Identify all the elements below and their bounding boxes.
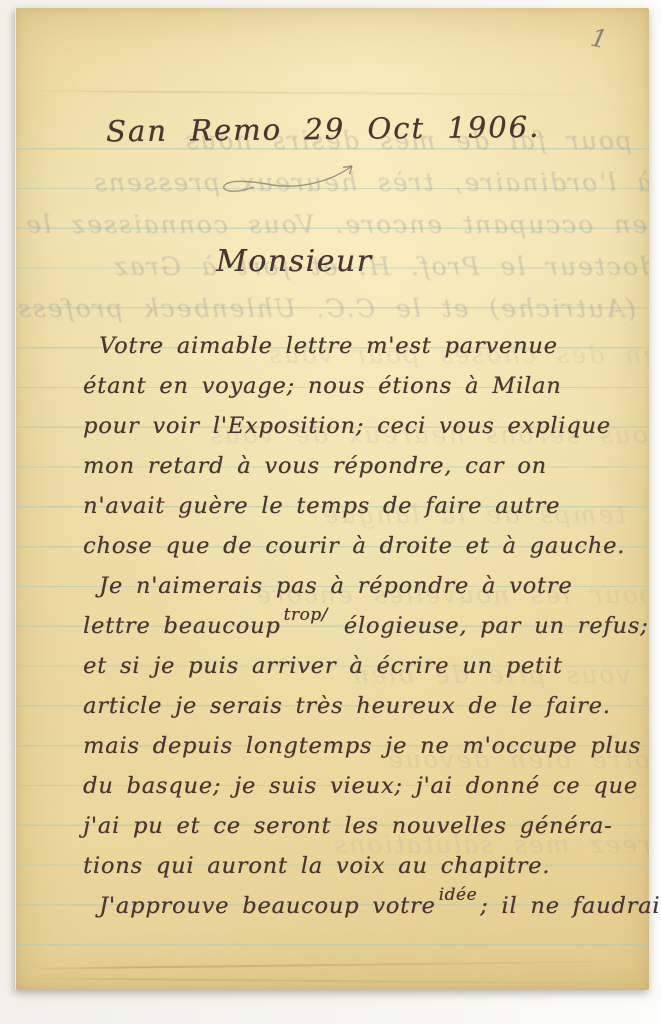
letter-line: j'ai pu et ce seront les nouvelles génér… (83, 806, 628, 846)
inserted-word: idée (436, 875, 480, 915)
letter-line-text: tions qui auront la voix au chapitre. (83, 853, 550, 879)
letter-line-text: Je n'aimerais pas à répondre à votre (99, 573, 572, 599)
bleedthrough-line: à l'ordinaire, très heureux pressens (42, 168, 649, 197)
letter-line: pour voir l'Exposition; ceci vous expliq… (83, 406, 628, 446)
letter-line-text: article je serais très heureux de le fai… (83, 693, 611, 719)
letter-line: mon retard à vous répondre, car on (83, 446, 628, 486)
letter-line: lettre beaucouptrop/ élogieuse, par un r… (83, 606, 628, 646)
letter-line: tions qui auront la voix au chapitre. (83, 846, 628, 886)
bleedthrough-line: (Autriche) et le C.C. Uhlenbeck professe… (26, 294, 636, 323)
letter-line-text: et si je puis arriver à écrire un petit (83, 653, 563, 679)
letter-line: Je n'aimerais pas à répondre à votre (83, 566, 628, 606)
letter-line: n'avait guère le temps de faire autre (83, 486, 628, 526)
bleedthrough-line: sen occupant encore. Vous connaissez le (52, 210, 649, 239)
letter-line-text: j'ai pu et ce seront les nouvelles génér… (83, 813, 612, 839)
scan-background: pour fai de mes desirs nousà l'ordinaire… (0, 0, 661, 1024)
letter-line: article je serais très heureux de le fai… (83, 686, 628, 726)
paper-crease (24, 977, 641, 984)
date-line: San Remo 29 Oct 1906. (106, 110, 541, 149)
paper-crease (24, 90, 641, 96)
letter-line-text: lettre beaucoup (83, 613, 280, 639)
letter-page: pour fai de mes desirs nousà l'ordinaire… (15, 8, 649, 990)
salutation: Monsieur (216, 244, 373, 279)
letter-line-text: mais depuis longtemps je ne m'occupe plu… (83, 733, 641, 759)
letter-line: J'approuve beaucoup votreidée; il ne fau… (83, 886, 628, 926)
letter-line-text: Votre aimable lettre m'est parvenue (99, 333, 558, 359)
letter-line: du basque; je suis vieux; j'ai donné ce … (83, 766, 628, 806)
letter-line: et si je puis arriver à écrire un petit (83, 646, 628, 686)
letter-body: Votre aimable lettre m'est parvenueétant… (83, 326, 628, 926)
letter-line-text: étant en voyage; nous étions à Milan (83, 373, 561, 399)
inserted-word: trop/ (280, 595, 330, 635)
letter-line: Votre aimable lettre m'est parvenue (83, 326, 628, 366)
letter-line: chose que de courir à droite et à gauche… (83, 526, 628, 566)
letter-line-text: pour voir l'Exposition; ceci vous expliq… (83, 413, 611, 439)
letter-line-text: chose que de courir à droite et à gauche… (83, 533, 625, 559)
letter-line-text: ; il ne faudrait (480, 893, 661, 919)
paper-crease (24, 960, 641, 970)
letter-line-text: élogieuse, par un refus; (331, 613, 649, 639)
letter-line-text: du basque; je suis vieux; j'ai donné ce … (83, 773, 638, 799)
letter-line-text: J'approuve beaucoup votre (99, 893, 436, 919)
letter-line-text: n'avait guère le temps de faire autre (83, 493, 560, 519)
letter-line: étant en voyage; nous étions à Milan (83, 366, 628, 406)
page-number-pencil: 1 (588, 23, 610, 55)
pencil-flourish-icon (214, 154, 364, 200)
letter-line-text: mon retard à vous répondre, car on (83, 453, 547, 479)
letter-line: mais depuis longtemps je ne m'occupe plu… (83, 726, 628, 766)
